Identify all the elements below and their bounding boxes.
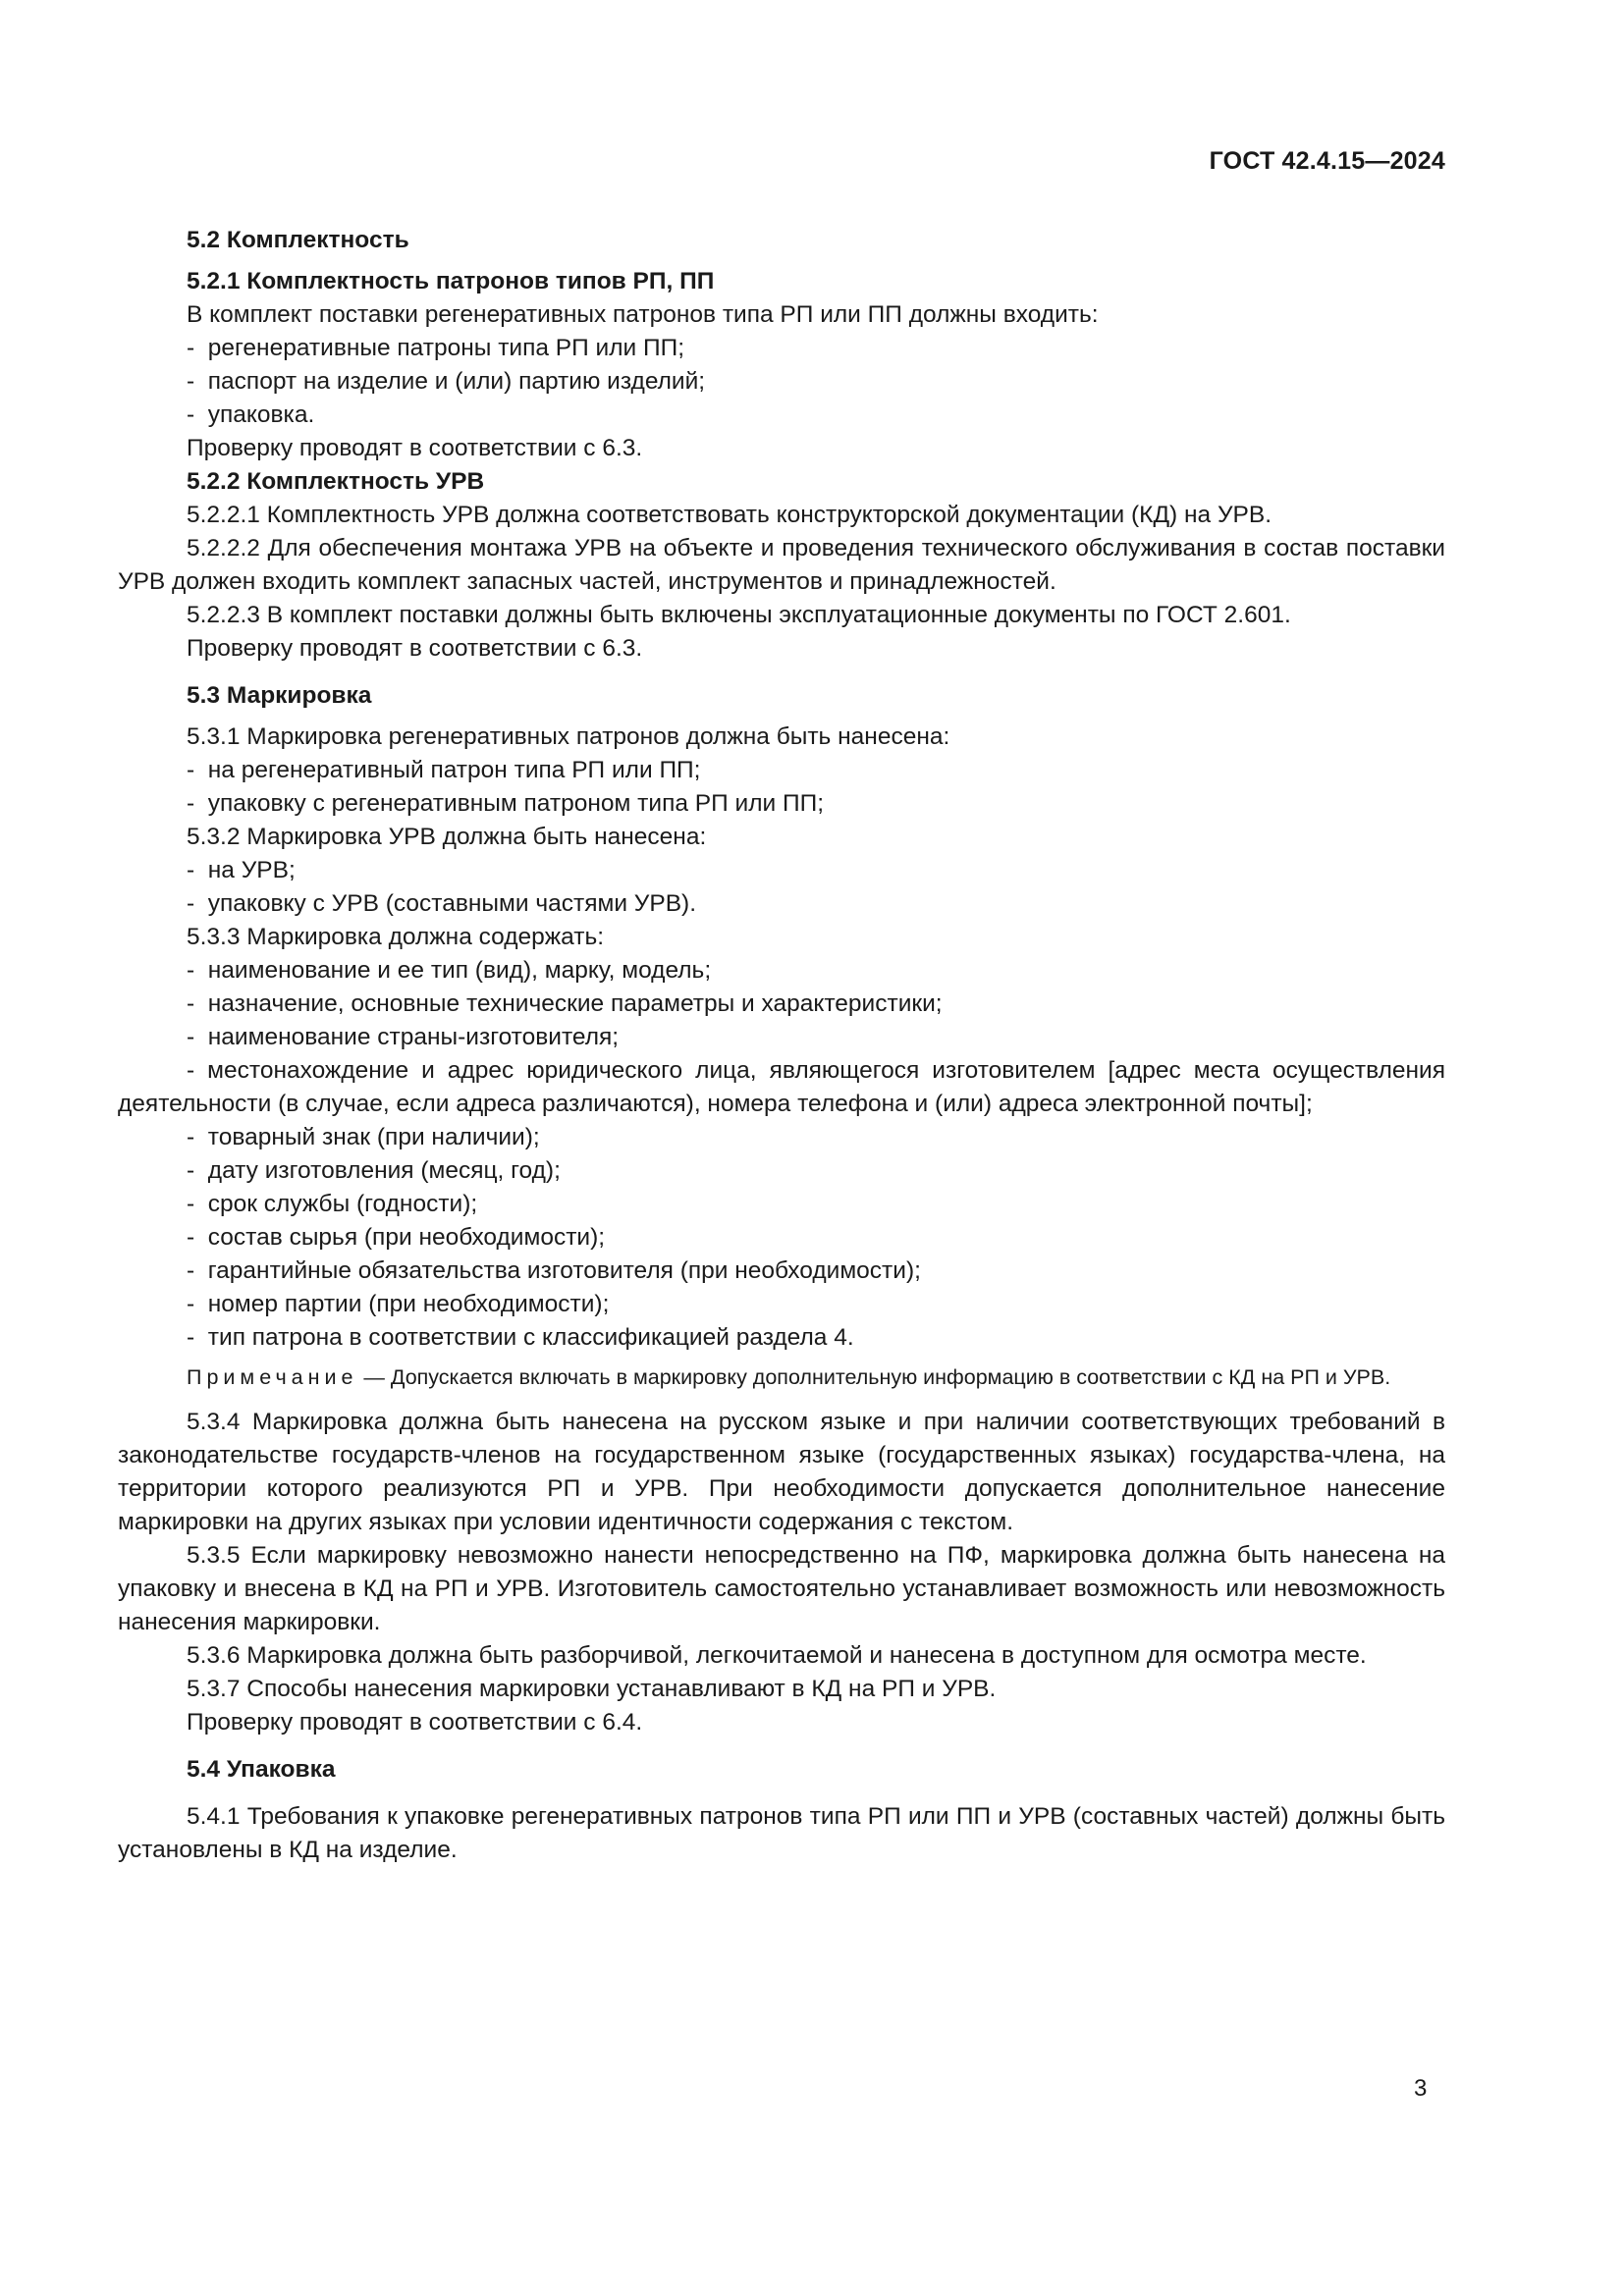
para-5-4-1: 5.4.1 Требования к упаковке регенеративн… [118, 1800, 1445, 1867]
section-5-3-3-list: наименование и ее тип (вид), марку, моде… [118, 954, 1445, 1054]
para-5-3-6: 5.3.6 Маркировка должна быть разборчивой… [118, 1639, 1445, 1673]
para-5-2-2-2: 5.2.2.2 Для обеспечения монтажа УРВ на о… [118, 532, 1445, 599]
para-5-2-2-1: 5.2.2.1 Комплектность УРВ должна соответ… [118, 499, 1445, 532]
page-content: 5.2 Комплектность 5.2.1 Комплектность па… [118, 224, 1445, 1867]
list-item: упаковку с регенеративным патроном типа … [118, 787, 1445, 821]
para-5-3-3: 5.3.3 Маркировка должна содержать: [118, 921, 1445, 954]
page-number: 3 [1414, 2075, 1427, 2103]
document-page: ГОСТ 42.4.15—2024 5.2 Комплектность 5.2.… [0, 0, 1624, 2296]
list-item: на регенеративный патрон типа РП или ПП; [118, 754, 1445, 787]
list-item: наименование страны-изготовителя; [118, 1021, 1445, 1054]
standard-header: ГОСТ 42.4.15—2024 [1210, 147, 1445, 176]
section-5-3-title: 5.3 Маркировка [118, 679, 1445, 713]
section-5-2-title: 5.2 Комплектность [118, 224, 1445, 257]
para-5-3-1: 5.3.1 Маркировка регенеративных патронов… [118, 721, 1445, 754]
list-item: на УРВ; [118, 854, 1445, 887]
para-5-2-2-3: 5.2.2.3 В комплект поставки должны быть … [118, 599, 1445, 632]
list-item-long: - местонахождение и адрес юридического л… [118, 1054, 1445, 1121]
note: Примечание — Допускается включать в марк… [118, 1362, 1445, 1392]
para-5-3-2: 5.3.2 Маркировка УРВ должна быть нанесен… [118, 821, 1445, 854]
list-item: тип патрона в соответствии с классификац… [118, 1321, 1445, 1355]
list-item: паспорт на изделие и (или) партию издели… [118, 365, 1445, 399]
list-item: номер партии (при необходимости); [118, 1288, 1445, 1321]
section-5-2-1-check: Проверку проводят в соответствии с 6.3. [118, 432, 1445, 465]
list-item: гарантийные обязательства изготовителя (… [118, 1255, 1445, 1288]
section-5-2-2-title: 5.2.2 Комплектность УРВ [118, 465, 1445, 499]
section-5-3-3-list-2: товарный знак (при наличии); дату изгото… [118, 1121, 1445, 1355]
section-5-3-2-list: на УРВ; упаковку с УРВ (составными частя… [118, 854, 1445, 921]
note-label: Примечание [187, 1365, 357, 1389]
section-5-2-2-check: Проверку проводят в соответствии с 6.3. [118, 632, 1445, 666]
list-item: назначение, основные технические парамет… [118, 988, 1445, 1021]
para-5-3-4: 5.3.4 Маркировка должна быть нанесена на… [118, 1406, 1445, 1539]
section-5-2-1-title: 5.2.1 Комплектность патронов типов РП, П… [118, 265, 1445, 298]
section-5-4-title: 5.4 Упаковка [118, 1753, 1445, 1787]
list-item: срок службы (годности); [118, 1188, 1445, 1221]
list-item: регенеративные патроны типа РП или ПП; [118, 332, 1445, 365]
list-item: упаковку с УРВ (составными частями УРВ). [118, 887, 1445, 921]
section-5-2-1-list: регенеративные патроны типа РП или ПП; п… [118, 332, 1445, 432]
list-item: товарный знак (при наличии); [118, 1121, 1445, 1154]
list-item: состав сырья (при необходимости); [118, 1221, 1445, 1255]
section-5-3-check: Проверку проводят в соответствии с 6.4. [118, 1706, 1445, 1739]
list-item: наименование и ее тип (вид), марку, моде… [118, 954, 1445, 988]
section-5-2-1-intro: В комплект поставки регенеративных патро… [118, 298, 1445, 332]
note-text: — Допускается включать в маркировку допо… [357, 1365, 1390, 1389]
para-5-3-5: 5.3.5 Если маркировку невозможно нанести… [118, 1539, 1445, 1639]
section-5-3-1-list: на регенеративный патрон типа РП или ПП;… [118, 754, 1445, 821]
list-item: упаковка. [118, 399, 1445, 432]
list-item: дату изготовления (месяц, год); [118, 1154, 1445, 1188]
para-5-3-7: 5.3.7 Способы нанесения маркировки устан… [118, 1673, 1445, 1706]
